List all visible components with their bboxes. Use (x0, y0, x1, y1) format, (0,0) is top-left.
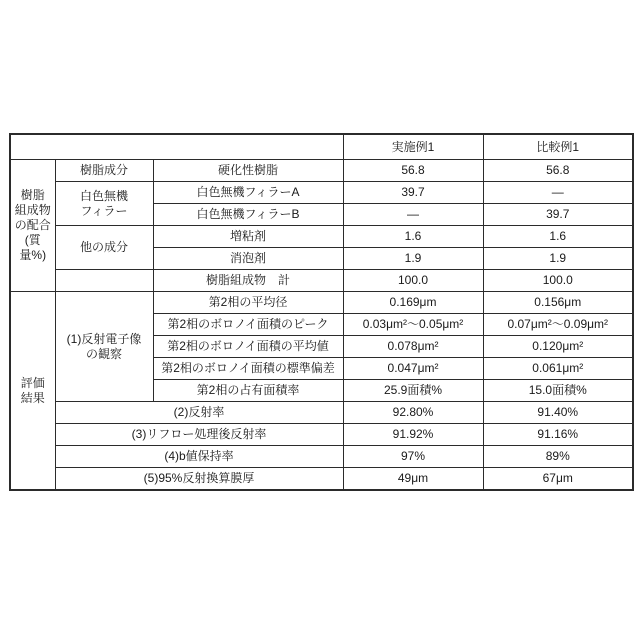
item-label: (5)95%反射換算膜厚 (55, 468, 343, 491)
value-comparative: 0.120μm² (483, 336, 633, 358)
item-label: 白色無機フィラーA (153, 182, 343, 204)
item-label-total: 樹脂組成物 計 (153, 270, 343, 292)
value-comparative: 91.40% (483, 402, 633, 424)
value-example: 92.80% (343, 402, 483, 424)
table-row: (2)反射率 92.80% 91.40% (10, 402, 633, 424)
table-header-row: 実施例1 比較例1 (10, 134, 633, 160)
column-header-comparative: 比較例1 (483, 134, 633, 160)
value-example: 0.03μm²～0.05μm² (343, 314, 483, 336)
composition-evaluation-table: 実施例1 比較例1 樹脂 組成物 の配合 (質量%) 樹脂成分 硬化性樹脂 56… (9, 133, 634, 491)
value-example: 56.8 (343, 160, 483, 182)
subgroup-label-observation: (1)反射電子像 の観察 (55, 292, 153, 402)
value-comparative: 56.8 (483, 160, 633, 182)
value-example: 0.047μm² (343, 358, 483, 380)
value-example: 97% (343, 446, 483, 468)
table-row: 白色無機 フィラー 白色無機フィラーA 39.7 ― (10, 182, 633, 204)
value-comparative: 100.0 (483, 270, 633, 292)
item-label: 第2相の占有面積率 (153, 380, 343, 402)
blank-header-cell (10, 134, 343, 160)
value-example: 1.6 (343, 226, 483, 248)
value-example: 100.0 (343, 270, 483, 292)
value-comparative: 89% (483, 446, 633, 468)
item-label: 第2相のボロノイ面積の平均値 (153, 336, 343, 358)
value-example: 25.9面積% (343, 380, 483, 402)
item-label: 白色無機フィラーB (153, 204, 343, 226)
subgroup-label-other: 他の成分 (55, 226, 153, 270)
value-example: ― (343, 204, 483, 226)
item-label: 第2相の平均径 (153, 292, 343, 314)
item-label: 硬化性樹脂 (153, 160, 343, 182)
value-comparative: 1.6 (483, 226, 633, 248)
blank-subgroup-cell (55, 270, 153, 292)
value-comparative: 91.16% (483, 424, 633, 446)
value-comparative: 1.9 (483, 248, 633, 270)
value-comparative: 0.07μm²～0.09μm² (483, 314, 633, 336)
item-label: (3)リフロー処理後反射率 (55, 424, 343, 446)
group-label-evaluation: 評価 結果 (10, 292, 55, 491)
group-label-composition: 樹脂 組成物 の配合 (質量%) (10, 160, 55, 292)
table-row: (5)95%反射換算膜厚 49μm 67μm (10, 468, 633, 491)
item-label: (2)反射率 (55, 402, 343, 424)
item-label: 第2相のボロノイ面積の標準偏差 (153, 358, 343, 380)
subgroup-label-white-filler: 白色無機 フィラー (55, 182, 153, 226)
value-example: 0.169μm (343, 292, 483, 314)
value-comparative: ― (483, 182, 633, 204)
table-row: (4)b値保持率 97% 89% (10, 446, 633, 468)
table-row: 他の成分 増粘剤 1.6 1.6 (10, 226, 633, 248)
table-row: 評価 結果 (1)反射電子像 の観察 第2相の平均径 0.169μm 0.156… (10, 292, 633, 314)
table-row: 樹脂 組成物 の配合 (質量%) 樹脂成分 硬化性樹脂 56.8 56.8 (10, 160, 633, 182)
value-comparative: 39.7 (483, 204, 633, 226)
item-label: 第2相のボロノイ面積のピーク (153, 314, 343, 336)
value-comparative: 0.156μm (483, 292, 633, 314)
value-example: 39.7 (343, 182, 483, 204)
document-page: 実施例1 比較例1 樹脂 組成物 の配合 (質量%) 樹脂成分 硬化性樹脂 56… (0, 0, 640, 640)
value-comparative: 0.061μm² (483, 358, 633, 380)
column-header-example: 実施例1 (343, 134, 483, 160)
item-label: (4)b値保持率 (55, 446, 343, 468)
value-comparative: 15.0面積% (483, 380, 633, 402)
value-comparative: 67μm (483, 468, 633, 491)
table-row: (3)リフロー処理後反射率 91.92% 91.16% (10, 424, 633, 446)
value-example: 49μm (343, 468, 483, 491)
subgroup-label-resin: 樹脂成分 (55, 160, 153, 182)
item-label: 消泡剤 (153, 248, 343, 270)
table-row: 樹脂組成物 計 100.0 100.0 (10, 270, 633, 292)
value-example: 0.078μm² (343, 336, 483, 358)
value-example: 1.9 (343, 248, 483, 270)
item-label: 増粘剤 (153, 226, 343, 248)
value-example: 91.92% (343, 424, 483, 446)
